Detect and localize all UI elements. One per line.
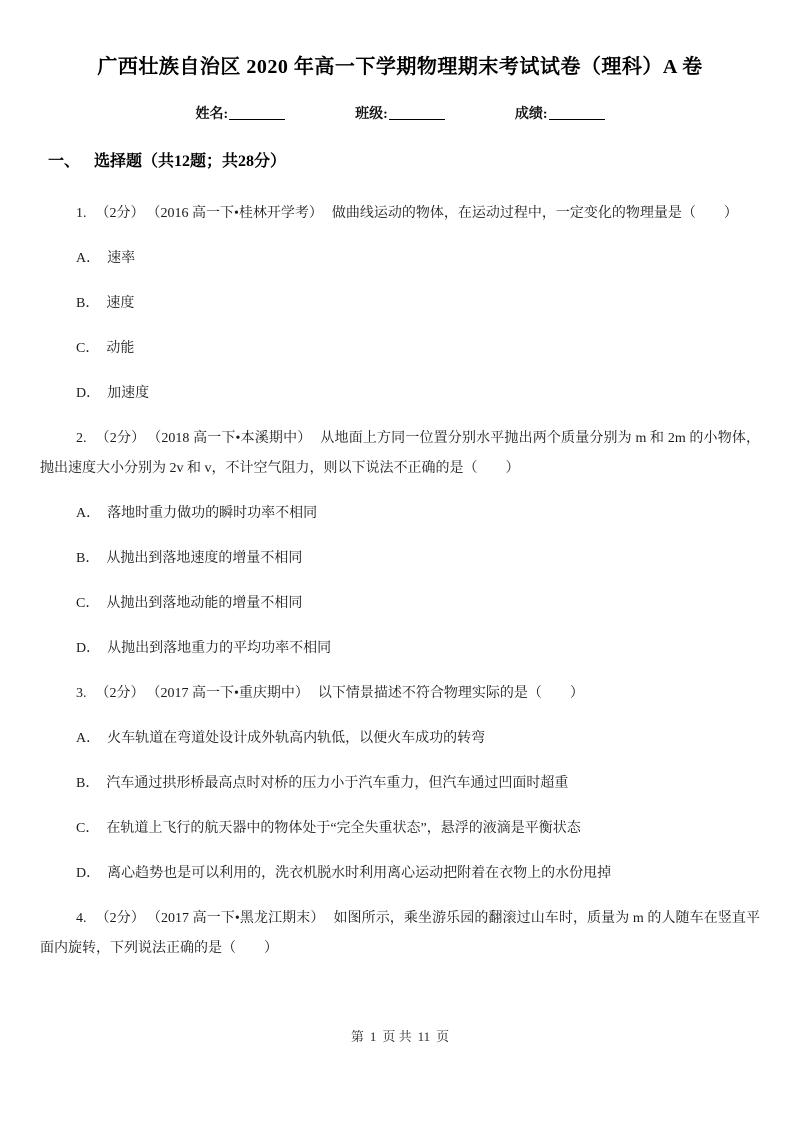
option-key: A． [76,251,100,266]
option-text: 火车轨道在弯道处设计成外轨高内轨低，以便火车成功的转弯 [107,731,485,746]
question-stem: 2.（2分）（2018 高一下•本溪期中）从地面上方同一位置分别水平抛出两个质量… [40,424,760,484]
question-stem: 1.（2分）（2016 高一下•桂林开学考）做曲线运动的物体，在运动过程中，一定… [40,199,760,229]
option-row-c: C．动能 [40,334,760,364]
question-4: 4.（2分）（2017 高一下•黑龙江期末）如图所示，乘坐游乐园的翻滚过山车时，… [40,904,760,964]
page-footer: 第1页 共11页 [0,1026,800,1045]
question-score: （2分） [96,206,145,221]
option-row-d: D．离心趋势也是可以利用的，洗衣机脱水时利用离心运动把附着在衣物上的水份甩掉 [40,859,760,889]
option-key: B． [76,551,99,566]
question-number: 2. [76,431,87,446]
question-text: 如图所示，乘坐游乐园的翻滚过山车时，质量为 m 的人随车在竖直平面内旋转，下列说… [40,911,760,956]
option-row-a: A．火车轨道在弯道处设计成外轨高内轨低，以便火车成功的转弯 [40,724,760,754]
option-key: D． [76,866,100,881]
question-source: （2018 高一下•本溪期中） [154,431,311,446]
option-text: 从抛出到落地速度的增量不相同 [106,551,302,566]
question-1: 1.（2分）（2016 高一下•桂林开学考）做曲线运动的物体，在运动过程中，一定… [40,199,760,409]
footer-suffix: 页 [436,1029,449,1044]
option-row-a: A．落地时重力做功的瞬时功率不相同 [40,499,760,529]
option-key: C． [76,821,99,836]
question-number: 4. [76,911,87,926]
footer-prefix: 第 [351,1029,364,1044]
question-source: （2017 高一下•重庆期中） [154,686,309,701]
question-score: （2分） [96,911,145,926]
page-title: 广西壮族自治区 2020 年高一下学期物理期末考试试卷（理科）A 卷 [40,0,760,79]
option-text: 速率 [107,251,135,266]
footer-mid: 页 共 [382,1029,411,1044]
question-2: 2.（2分）（2018 高一下•本溪期中）从地面上方同一位置分别水平抛出两个质量… [40,424,760,664]
section-title: 选择题（共12题；共28分） [94,153,286,170]
option-text: 离心趋势也是可以利用的，洗衣机脱水时利用离心运动把附着在衣物上的水份甩掉 [107,866,611,881]
option-text: 加速度 [107,386,149,401]
question-number: 1. [76,206,87,221]
question-score: （2分） [96,686,145,701]
score-field: 成绩: [515,103,605,123]
option-key: D． [76,386,100,401]
class-blank [389,105,445,120]
question-stem: 4.（2分）（2017 高一下•黑龙江期末）如图所示，乘坐游乐园的翻滚过山车时，… [40,904,760,964]
total-page-number: 11 [418,1029,431,1044]
section-numbering: 一、 [48,153,80,170]
option-row-b: B．汽车通过拱形桥最高点时对桥的压力小于汽车重力，但汽车通过凹面时超重 [40,769,760,799]
question-text: 做曲线运动的物体，在运动过程中，一定变化的物理量是（ ） [332,206,738,221]
class-label: 班级: [355,107,388,122]
option-row-d: D．加速度 [40,379,760,409]
question-3: 3.（2分）（2017 高一下•重庆期中）以下情景描述不符合物理实际的是（ ） … [40,679,760,889]
question-score: （2分） [96,431,146,446]
score-label: 成绩: [515,107,548,122]
option-row-c: C．在轨道上飞行的航天器中的物体处于“完全失重状态”，悬浮的液滴是平衡状态 [40,814,760,844]
option-row-a: A．速率 [40,244,760,274]
option-key: A． [76,731,100,746]
option-text: 速度 [106,296,134,311]
exam-page: 广西壮族自治区 2020 年高一下学期物理期末考试试卷（理科）A 卷 姓名: 班… [0,0,800,964]
question-number: 3. [76,686,87,701]
option-text: 从抛出到落地动能的增量不相同 [106,596,302,611]
option-key: A． [76,506,100,521]
name-blank [229,105,285,120]
option-key: B． [76,296,99,311]
option-row-d: D．从抛出到落地重力的平均功率不相同 [40,634,760,664]
option-key: D． [76,641,100,656]
student-info-row: 姓名: 班级: 成绩: [40,103,760,123]
question-text: 以下情景描述不符合物理实际的是（ ） [318,686,584,701]
section-heading: 一、选择题（共12题；共28分） [40,151,760,173]
question-stem: 3.（2分）（2017 高一下•重庆期中）以下情景描述不符合物理实际的是（ ） [40,679,760,709]
name-field: 姓名: [195,103,285,123]
class-field: 班级: [355,103,445,123]
option-key: C． [76,341,99,356]
option-text: 在轨道上飞行的航天器中的物体处于“完全失重状态”，悬浮的液滴是平衡状态 [106,821,580,836]
question-source: （2016 高一下•桂林开学考） [154,206,323,221]
option-key: B． [76,776,99,791]
option-text: 汽车通过拱形桥最高点时对桥的压力小于汽车重力，但汽车通过凹面时超重 [106,776,568,791]
option-row-b: B．速度 [40,289,760,319]
option-row-b: B．从抛出到落地速度的增量不相同 [40,544,760,574]
option-text: 从抛出到落地重力的平均功率不相同 [107,641,331,656]
question-text: 从地面上方同一位置分别水平抛出两个质量分别为 m 和 2m 的小物体，抛出速度大… [40,431,760,476]
score-blank [549,105,605,120]
question-source: （2017 高一下•黑龙江期末） [154,911,324,926]
option-row-c: C．从抛出到落地动能的增量不相同 [40,589,760,619]
current-page-number: 1 [370,1029,377,1044]
option-text: 落地时重力做功的瞬时功率不相同 [107,506,317,521]
option-text: 动能 [106,341,134,356]
option-key: C． [76,596,99,611]
name-label: 姓名: [195,107,228,122]
